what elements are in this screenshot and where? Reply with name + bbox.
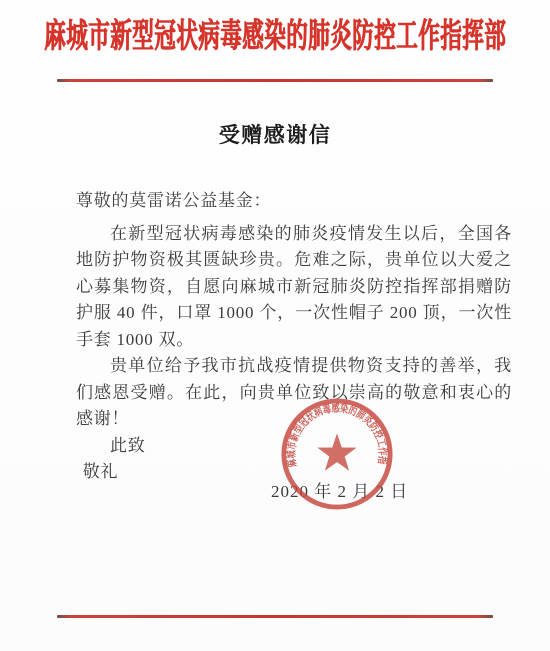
letter-body: 尊敬的莫雷诺公益基金： 在新型冠状病毒感染的肺炎疫情发生以后，全国各地防护物资极…: [76, 188, 512, 486]
paragraph-donation-details: 在新型冠状病毒感染的肺炎疫情发生以后，全国各地防护物资极其匮缺珍贵。危难之际，贵…: [76, 221, 512, 354]
paragraph-gratitude: 贵单位给予我市抗战疫情提供物资支持的善举，我们感恩受赠。在此，向贵单位致以崇高的…: [76, 353, 512, 433]
letterhead-rule: [57, 79, 493, 82]
closing-cizhi: 此致: [110, 433, 512, 460]
letter-date: 2020 年 2 月 2 日: [271, 477, 408, 502]
footer-rule: [57, 615, 493, 618]
letter-title: 受赠感谢信: [0, 119, 550, 149]
salutation: 尊敬的莫雷诺公益基金：: [76, 188, 512, 215]
letterhead: 麻城市新型冠状病毒感染的肺炎防控工作指挥部: [0, 10, 550, 41]
letterhead-org-name: 麻城市新型冠状病毒感染的肺炎防控工作指挥部: [44, 10, 506, 58]
letter-page: 麻城市新型冠状病毒感染的肺炎防控工作指挥部 受赠感谢信 尊敬的莫雷诺公益基金： …: [0, 0, 550, 651]
